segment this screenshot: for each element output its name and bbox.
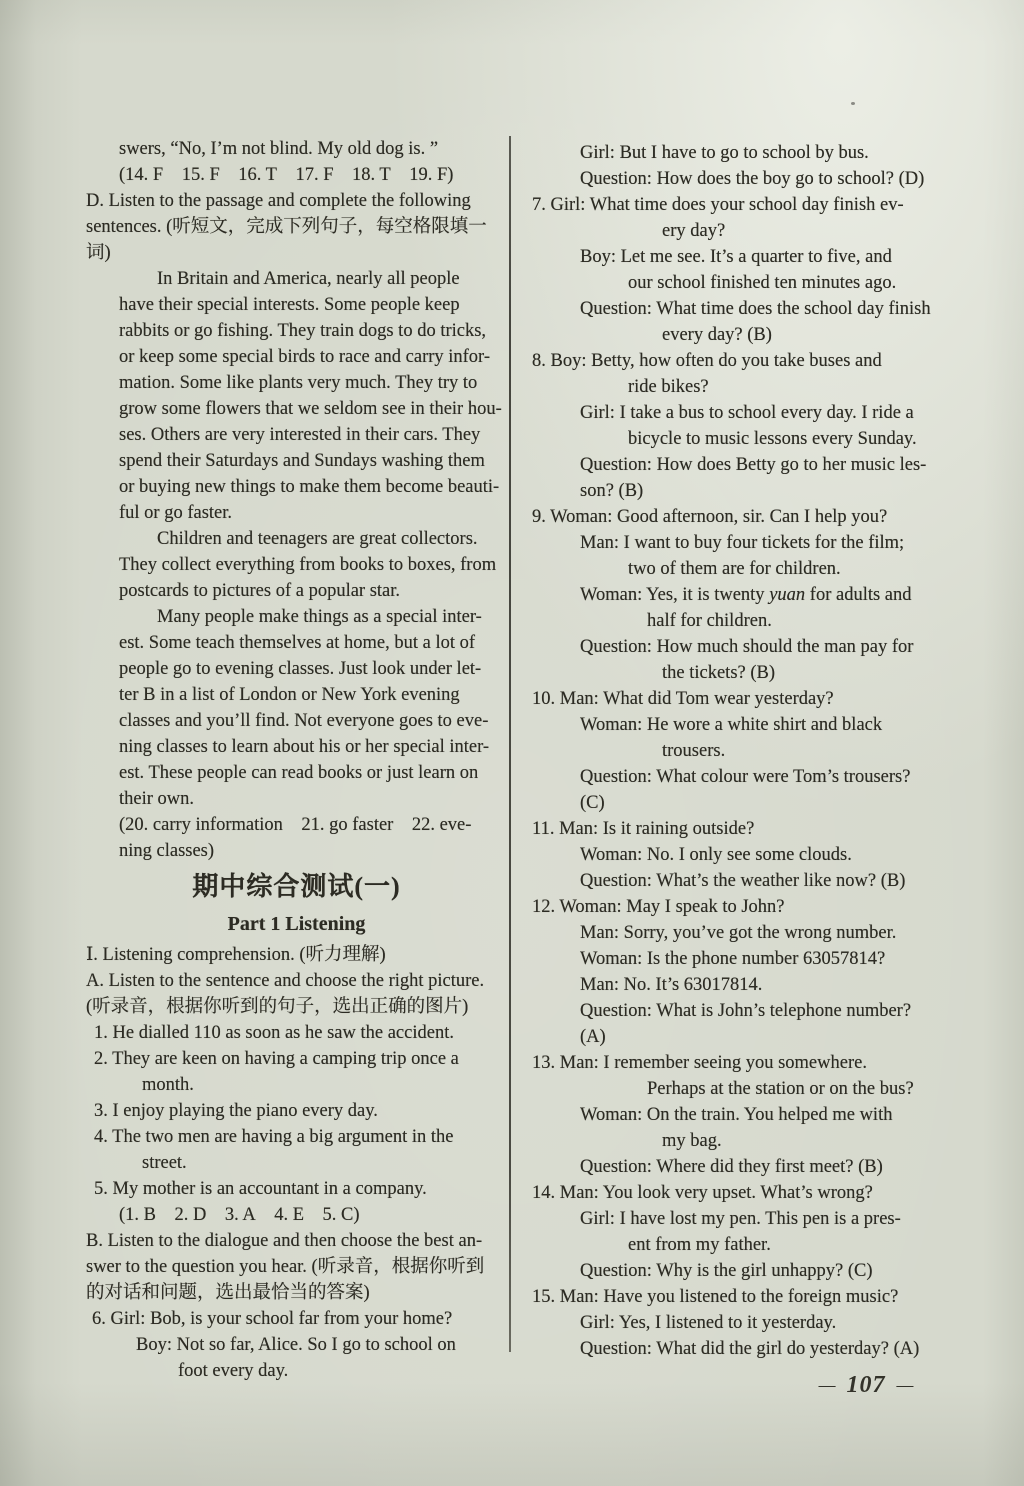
text-line: half for children. [552,608,988,634]
text-line: 1. He dialled 110 as soon as he saw the … [86,1020,507,1046]
text-line: 5. My mother is an accountant in a compa… [86,1176,507,1202]
text: Man: I want to buy four tickets for the … [580,530,904,556]
text: 2. They are keen on having a camping tri… [118,1046,459,1072]
text: Ⅰ. Listening comprehension. (听力理解) [86,942,386,968]
text: grow some flowers that we seldom see in … [119,396,502,422]
text: Woman: Yes, it is twenty yuan for adults… [580,582,912,608]
text: (听录音，根据你听到的句子，选出正确的图片) [86,994,468,1020]
text: (C) [580,790,605,816]
text: est. These people can read books or just… [119,760,478,786]
text: D. Listen to the passage and complete th… [86,188,471,214]
text: ses. Others are very interested in their… [119,422,480,448]
text-line: Perhaps at the station or on the bus? [552,1076,988,1102]
text-line: Question: Where did they first meet? (B) [552,1154,988,1180]
text-line: Girl: I take a bus to school every day. … [552,400,988,426]
text-line: (A) [552,1024,988,1050]
text-line: 7. Girl: What time does your school day … [552,192,988,218]
scanned-workbook-page: swers, “No, I’m not blind. My old dog is… [0,0,1024,1486]
text: Woman: No. I only see some clouds. [580,842,852,868]
text: Question: What’s the weather like now? (… [580,868,905,894]
column-divider [509,136,511,1352]
text-line: people go to evening classes. Just look … [86,656,507,682]
part-heading: Part 1 Listening [86,908,507,942]
text-line: Question: How does the boy go to school?… [552,166,988,192]
text-line: Man: No. It’s 63017814. [552,972,988,998]
text-line: ery day? [552,218,988,244]
text: 10. Man: What did Tom wear yesterday? [560,686,834,712]
text: 4. The two men are having a big argument… [118,1124,453,1150]
page-number: — 107 — [796,1372,936,1399]
text-line: trousers. [552,738,988,764]
text: 5. My mother is an accountant in a compa… [118,1176,427,1202]
text-line: Many people make things as a special int… [86,604,507,630]
text: 12. Woman: May I speak to John? [560,894,785,920]
text-line: grow some flowers that we seldom see in … [86,396,507,422]
text: Boy: Not so far, Alice. So I go to schoo… [136,1332,456,1358]
text: (A) [580,1024,606,1050]
text: trousers. [662,738,725,764]
text: postcards to pictures of a popular star. [119,578,400,604]
text-line: ter B in a list of London or New York ev… [86,682,507,708]
text: ery day? [662,218,725,244]
text: Boy: Let me see. It’s a quarter to five,… [580,244,892,270]
text: ning classes) [119,838,214,864]
scan-speck [851,102,855,105]
text: Question: How does the boy go to school?… [580,166,924,192]
text-line: (C) [552,790,988,816]
text: ning classes to learn about his or her s… [119,734,489,760]
text: Children and teenagers are great collect… [157,526,478,552]
text: (14. F 15. F 16. T 17. F 18. T 19. F) [119,162,453,188]
text: 1. He dialled 110 as soon as he saw the … [118,1020,454,1046]
section-heading: 期中综合测试(一) [86,864,507,908]
text: 13. Man: I remember seeing you somewhere… [560,1050,867,1076]
text-line: sentences. (听短文，完成下列句子，每空格限填一 [86,214,507,240]
text-line: 3. I enjoy playing the piano every day. [86,1098,507,1124]
text-line: (14. F 15. F 16. T 17. F 18. T 19. F) [86,162,507,188]
text: every day? (B) [662,322,772,348]
text-line: Ⅰ. Listening comprehension. (听力理解) [86,942,507,968]
text-line: Woman: Yes, it is twenty yuan for adults… [552,582,988,608]
text: half for children. [647,608,772,634]
text: Question: What did the girl do yesterday… [580,1336,919,1362]
text: Part 1 Listening [228,908,366,940]
text: Question: How much should the man pay fo… [580,634,913,660]
text-line: spend their Saturdays and Sundays washin… [86,448,507,474]
text: 7. Girl: What time does your school day … [560,192,904,218]
text: (20. carry information 21. go faster 22.… [119,812,471,838]
text-line: Question: What colour were Tom’s trouser… [552,764,988,790]
text-line: Question: Why is the girl unhappy? (C) [552,1258,988,1284]
text: Girl: But I have to go to school by bus. [580,140,869,166]
text-line: every day? (B) [552,322,988,348]
text: They collect everything from books to bo… [119,552,496,578]
text-line: ses. Others are very interested in their… [86,422,507,448]
page-number-value: 107 [847,1372,886,1399]
text-line: B. Listen to the dialogue and then choos… [86,1228,507,1254]
text: (1. B 2. D 3. A 4. E 5. C) [119,1202,360,1228]
text: son? (B) [580,478,643,504]
text: Girl: Yes, I listened to it yesterday. [580,1310,836,1336]
text-line: Girl: Yes, I listened to it yesterday. [552,1310,988,1336]
text: 11. Man: Is it raining outside? [560,816,754,842]
text: Girl: I have lost my pen. This pen is a … [580,1206,901,1232]
text-line: 8. Boy: Betty, how often do you take bus… [552,348,988,374]
text: mation. Some like plants very much. They… [119,370,477,396]
text-line: 2. They are keen on having a camping tri… [86,1046,507,1072]
text-line: est. These people can read books or just… [86,760,507,786]
page-number-dash-right: — [897,1375,914,1397]
text-line: Woman: No. I only see some clouds. [552,842,988,868]
text-line: 14. Man: You look very upset. What’s wro… [552,1180,988,1206]
text-line: ent from my father. [552,1232,988,1258]
text: Question: Why is the girl unhappy? (C) [580,1258,873,1284]
text-line: my bag. [552,1128,988,1154]
text: In Britain and America, nearly all peopl… [157,266,460,292]
text: Many people make things as a special int… [157,604,482,630]
text: ter B in a list of London or New York ev… [119,682,460,708]
text: ful or go faster. [119,500,232,526]
text: or keep some special birds to race and c… [119,344,490,370]
text-line: Boy: Let me see. It’s a quarter to five,… [552,244,988,270]
text-line: est. Some teach themselves at home, but … [86,630,507,656]
text-line: the tickets? (B) [552,660,988,686]
text: sentences. (听短文，完成下列句子，每空格限填一 [86,214,487,240]
text-line: Question: What time does the school day … [552,296,988,322]
text-line: (20. carry information 21. go faster 22.… [86,812,507,838]
text-line: swer to the question you hear. (听录音，根据你听… [86,1254,507,1280]
text-line: Question: What is John’s telephone numbe… [552,998,988,1024]
text: bicycle to music lessons every Sunday. [628,426,917,452]
text-line: Woman: Is the phone number 63057814? [552,946,988,972]
text: classes and you’ll find. Not everyone go… [119,708,488,734]
text: A. Listen to the sentence and choose the… [86,968,484,994]
text-line: Man: I want to buy four tickets for the … [552,530,988,556]
text-line: 词) [86,240,507,266]
text-line: In Britain and America, nearly all peopl… [86,266,507,292]
text: Woman: Is the phone number 63057814? [580,946,885,972]
text: their own. [119,786,194,812]
text: Question: How does Betty go to her music… [580,452,926,478]
text-line: rabbits or go fishing. They train dogs t… [86,318,507,344]
text-line: Boy: Not so far, Alice. So I go to schoo… [86,1332,507,1358]
text: 期中综合测试(一) [192,864,400,910]
text-line: month. [86,1072,507,1098]
text-line: 9. Woman: Good afternoon, sir. Can I hel… [552,504,988,530]
text-line: Man: Sorry, you’ve got the wrong number. [552,920,988,946]
text: two of them are for children. [628,556,841,582]
text-line: 的对话和问题，选出最恰当的答案) [86,1280,507,1306]
text-line: Girl: I have lost my pen. This pen is a … [552,1206,988,1232]
text-line: or buying new things to make them become… [86,474,507,500]
text: spend their Saturdays and Sundays washin… [119,448,485,474]
text-line: Girl: But I have to go to school by bus. [552,140,988,166]
text-line: have their special interests. Some peopl… [86,292,507,318]
text-line: Question: How much should the man pay fo… [552,634,988,660]
text-line: 12. Woman: May I speak to John? [552,894,988,920]
text: swers, “No, I’m not blind. My old dog is… [119,136,438,162]
text-line: Question: What did the girl do yesterday… [552,1336,988,1362]
text-line: Question: How does Betty go to her music… [552,452,988,478]
text-line: D. Listen to the passage and complete th… [86,188,507,214]
text: or buying new things to make them become… [119,474,499,500]
text-line: Question: What’s the weather like now? (… [552,868,988,894]
text-line: ning classes) [86,838,507,864]
text: 6. Girl: Bob, is your school far from yo… [114,1306,452,1332]
page-number-dash-left: — [819,1375,836,1397]
text-line: street. [86,1150,507,1176]
text-line: mation. Some like plants very much. They… [86,370,507,396]
text: our school finished ten minutes ago. [628,270,896,296]
text-line: A. Listen to the sentence and choose the… [86,968,507,994]
left-column: swers, “No, I’m not blind. My old dog is… [86,136,507,1384]
text: Woman: He wore a white shirt and black [580,712,882,738]
text: 的对话和问题，选出最恰当的答案) [86,1280,370,1306]
text: B. Listen to the dialogue and then choos… [86,1228,482,1254]
text: the tickets? (B) [662,660,775,686]
text: Man: No. It’s 63017814. [580,972,762,998]
text-line: classes and you’ll find. Not everyone go… [86,708,507,734]
text-line: ride bikes? [552,374,988,400]
text-line: two of them are for children. [552,556,988,582]
text: rabbits or go fishing. They train dogs t… [119,318,486,344]
text-line: or keep some special birds to race and c… [86,344,507,370]
text: 词) [86,240,111,266]
right-column: Girl: But I have to go to school by bus.… [552,140,988,1362]
text-line: 11. Man: Is it raining outside? [552,816,988,842]
text-line: They collect everything from books to bo… [86,552,507,578]
text: 14. Man: You look very upset. What’s wro… [560,1180,873,1206]
text: foot every day. [178,1358,288,1384]
text: Question: What is John’s telephone numbe… [580,998,911,1024]
text: Perhaps at the station or on the bus? [647,1076,914,1102]
text-line: 6. Girl: Bob, is your school far from yo… [86,1306,507,1332]
text: 3. I enjoy playing the piano every day. [118,1098,378,1124]
text: Question: What colour were Tom’s trouser… [580,764,910,790]
text: swer to the question you hear. (听录音，根据你听… [86,1254,484,1280]
text: ride bikes? [628,374,709,400]
text: street. [142,1150,187,1176]
text-line: 4. The two men are having a big argument… [86,1124,507,1150]
text-line: bicycle to music lessons every Sunday. [552,426,988,452]
text: Girl: I take a bus to school every day. … [580,400,914,426]
text: month. [142,1072,194,1098]
text: people go to evening classes. Just look … [119,656,481,682]
text: Woman: On the train. You helped me with [580,1102,892,1128]
text-line: son? (B) [552,478,988,504]
text: 8. Boy: Betty, how often do you take bus… [560,348,882,374]
text-line: 13. Man: I remember seeing you somewhere… [552,1050,988,1076]
text-line: Woman: On the train. You helped me with [552,1102,988,1128]
text-line: our school finished ten minutes ago. [552,270,988,296]
text-line: Woman: He wore a white shirt and black [552,712,988,738]
text: have their special interests. Some peopl… [119,292,460,318]
text-line: ful or go faster. [86,500,507,526]
text: ent from my father. [628,1232,771,1258]
text: my bag. [662,1128,722,1154]
text-line: swers, “No, I’m not blind. My old dog is… [86,136,507,162]
text-line: Children and teenagers are great collect… [86,526,507,552]
text: Question: Where did they first meet? (B) [580,1154,883,1180]
text: 15. Man: Have you listened to the foreig… [560,1284,898,1310]
text-line: 15. Man: Have you listened to the foreig… [552,1284,988,1310]
text: Man: Sorry, you’ve got the wrong number. [580,920,896,946]
text: 9. Woman: Good afternoon, sir. Can I hel… [560,504,887,530]
text-line: (1. B 2. D 3. A 4. E 5. C) [86,1202,507,1228]
text-line: foot every day. [86,1358,507,1384]
text-line: 10. Man: What did Tom wear yesterday? [552,686,988,712]
text: est. Some teach themselves at home, but … [119,630,475,656]
text: Question: What time does the school day … [580,296,931,322]
text-line: postcards to pictures of a popular star. [86,578,507,604]
text-line: their own. [86,786,507,812]
text-line: ning classes to learn about his or her s… [86,734,507,760]
text-line: (听录音，根据你听到的句子，选出正确的图片) [86,994,507,1020]
